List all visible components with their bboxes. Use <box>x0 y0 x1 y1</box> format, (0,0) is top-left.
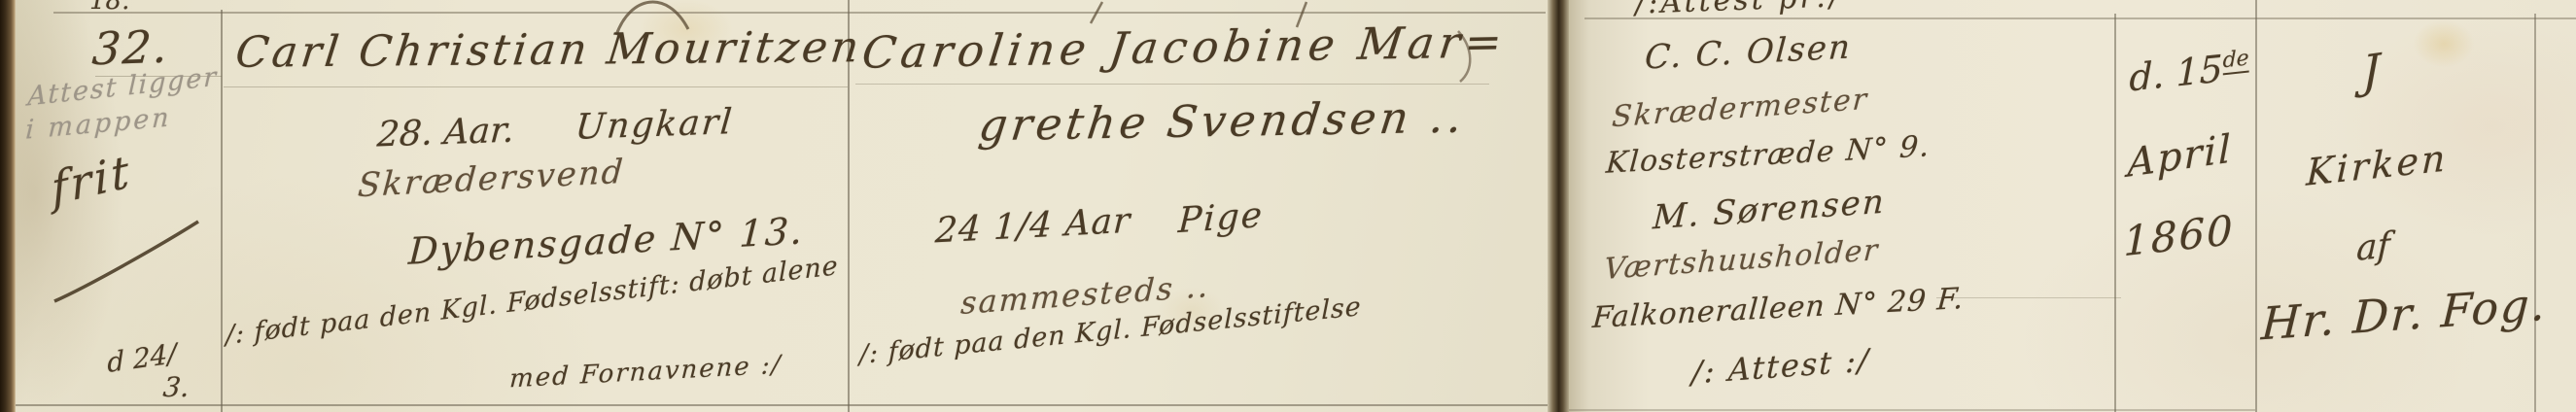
row-divider-top-left <box>53 12 1546 14</box>
column-divider-right-margin <box>2534 14 2536 412</box>
column-divider-date-officiant <box>2255 0 2257 412</box>
ink-stroke-remnant-loop <box>610 0 708 37</box>
ruled-line-under-bride-name <box>855 84 1489 85</box>
ink-stroke-remnant-paren <box>1454 27 1478 86</box>
ink-stroke-remnant-tick-2 <box>1295 0 1310 29</box>
row-divider-top-right <box>1584 17 2576 19</box>
row-divider-bottom-right <box>1569 409 2255 411</box>
ruled-line-under-number <box>95 76 222 77</box>
ruled-line-under-groom-name <box>224 86 848 87</box>
left-page-paper <box>16 0 1548 412</box>
previous-row-number-fragment: 18. <box>89 0 129 16</box>
ink-stroke-remnant-tick-1 <box>1087 0 1106 27</box>
book-gutter-shadow <box>1548 0 1569 412</box>
ruled-line-witness-column <box>1936 297 2121 298</box>
column-divider-witness-date <box>2114 14 2116 412</box>
row-divider-bottom-left <box>16 404 1548 406</box>
parish-register-scan: 18. /:Attest pr:/ 32. Attest ligger i ma… <box>0 0 2576 412</box>
right-page-paper <box>1569 0 2576 412</box>
book-binding-edge <box>0 0 16 412</box>
column-divider-number-groom <box>221 10 223 412</box>
column-divider-groom-bride <box>848 0 850 412</box>
